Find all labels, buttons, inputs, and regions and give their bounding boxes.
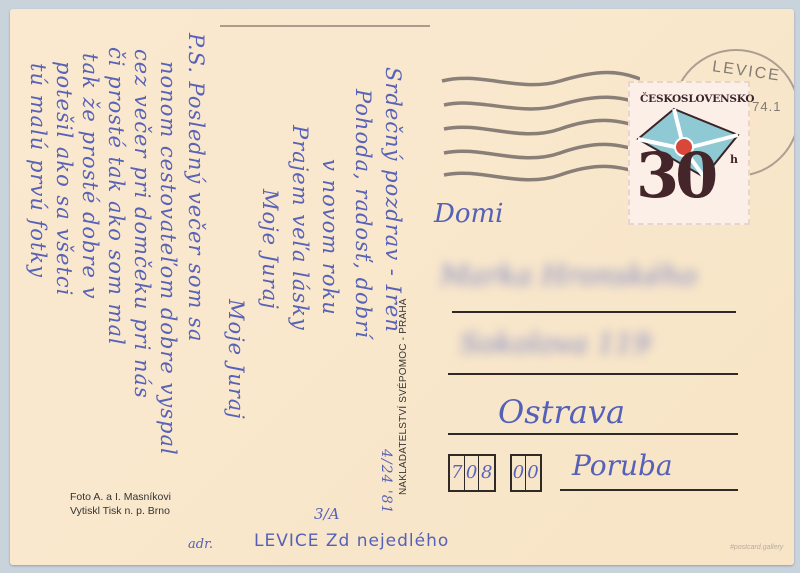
photo-credit-line: Foto A. a I. Masníkovi xyxy=(70,490,171,504)
zip-digit: 7 xyxy=(450,456,465,490)
zip-code-box-1: 7 0 8 xyxy=(448,454,496,492)
watermark: #postcard.gallery xyxy=(730,544,783,551)
zip-digit: 0 xyxy=(465,456,480,490)
address-line-4 xyxy=(560,489,738,491)
address-district: Poruba xyxy=(572,449,673,482)
address-line-1 xyxy=(452,311,736,313)
stamp-unit: h xyxy=(730,153,738,166)
stamp-country: ČESKOSLOVENSKO xyxy=(640,93,754,105)
zip-digit: 8 xyxy=(479,456,494,490)
publisher-label: NAKLADATELSTVÍ SVÉPOMOC - PRAHA xyxy=(398,298,409,495)
zip-digit: 0 xyxy=(512,456,526,490)
message-line-3: cez večer pri domčeku pri nás xyxy=(130,49,154,399)
message-line-2: nonom cestovateľom dobre vyspal xyxy=(156,61,180,456)
postcard: P.S. Posledný večer som sa nonom cestova… xyxy=(10,9,794,565)
stamp-value: 30 xyxy=(636,145,714,207)
postage-stamp: ČESKOSLOVENSKO 30 h xyxy=(628,81,750,225)
zip-code-box-2: 0 0 xyxy=(510,454,542,492)
address-salutation: Domi xyxy=(434,199,503,229)
cancellation-waves-icon xyxy=(440,67,640,187)
address-name-blurred: Marka Hronského xyxy=(440,259,697,292)
return-address-prefix: adr. xyxy=(188,537,213,552)
main-message-line-5: Moje Juraj xyxy=(258,189,282,310)
message-line-1: P.S. Posledný večer som sa xyxy=(184,33,208,342)
return-address: LEVICE Zd nejedlého xyxy=(254,531,449,551)
address-street-blurred: Sokolova 119 xyxy=(460,327,651,360)
address-line-3 xyxy=(448,433,738,435)
main-message-line-3: v novom roku xyxy=(318,159,342,316)
return-address-ref: 3/A xyxy=(314,505,339,523)
message-line-4: či prosté tak ako som mal xyxy=(104,47,128,346)
printer-credit-line: Vytiskl Tisk n. p. Brno xyxy=(70,504,171,518)
address-city: Ostrava xyxy=(498,393,625,431)
address-line-2 xyxy=(448,373,738,375)
top-divider-line xyxy=(220,25,430,27)
photo-credits: Foto A. a I. Masníkovi Vytiskl Tisk n. p… xyxy=(70,490,171,518)
main-message-line-1: Srdečný pozdrav - Iren xyxy=(381,67,405,333)
message-line-5: tak že prosté dobre v xyxy=(78,53,102,300)
message-line-6: potešil ako sa všetci xyxy=(52,61,76,296)
main-message-line-2: Pohoda, radosť, dobrí xyxy=(351,89,375,339)
signature: Moje Juraj xyxy=(224,299,248,420)
zip-digit: 0 xyxy=(526,456,540,490)
message-line-7: tú malú prvú fotky xyxy=(26,63,50,278)
date-note: 4/24 '81 xyxy=(378,449,394,515)
main-message-line-4: Prajem veľa lásky xyxy=(288,125,312,331)
